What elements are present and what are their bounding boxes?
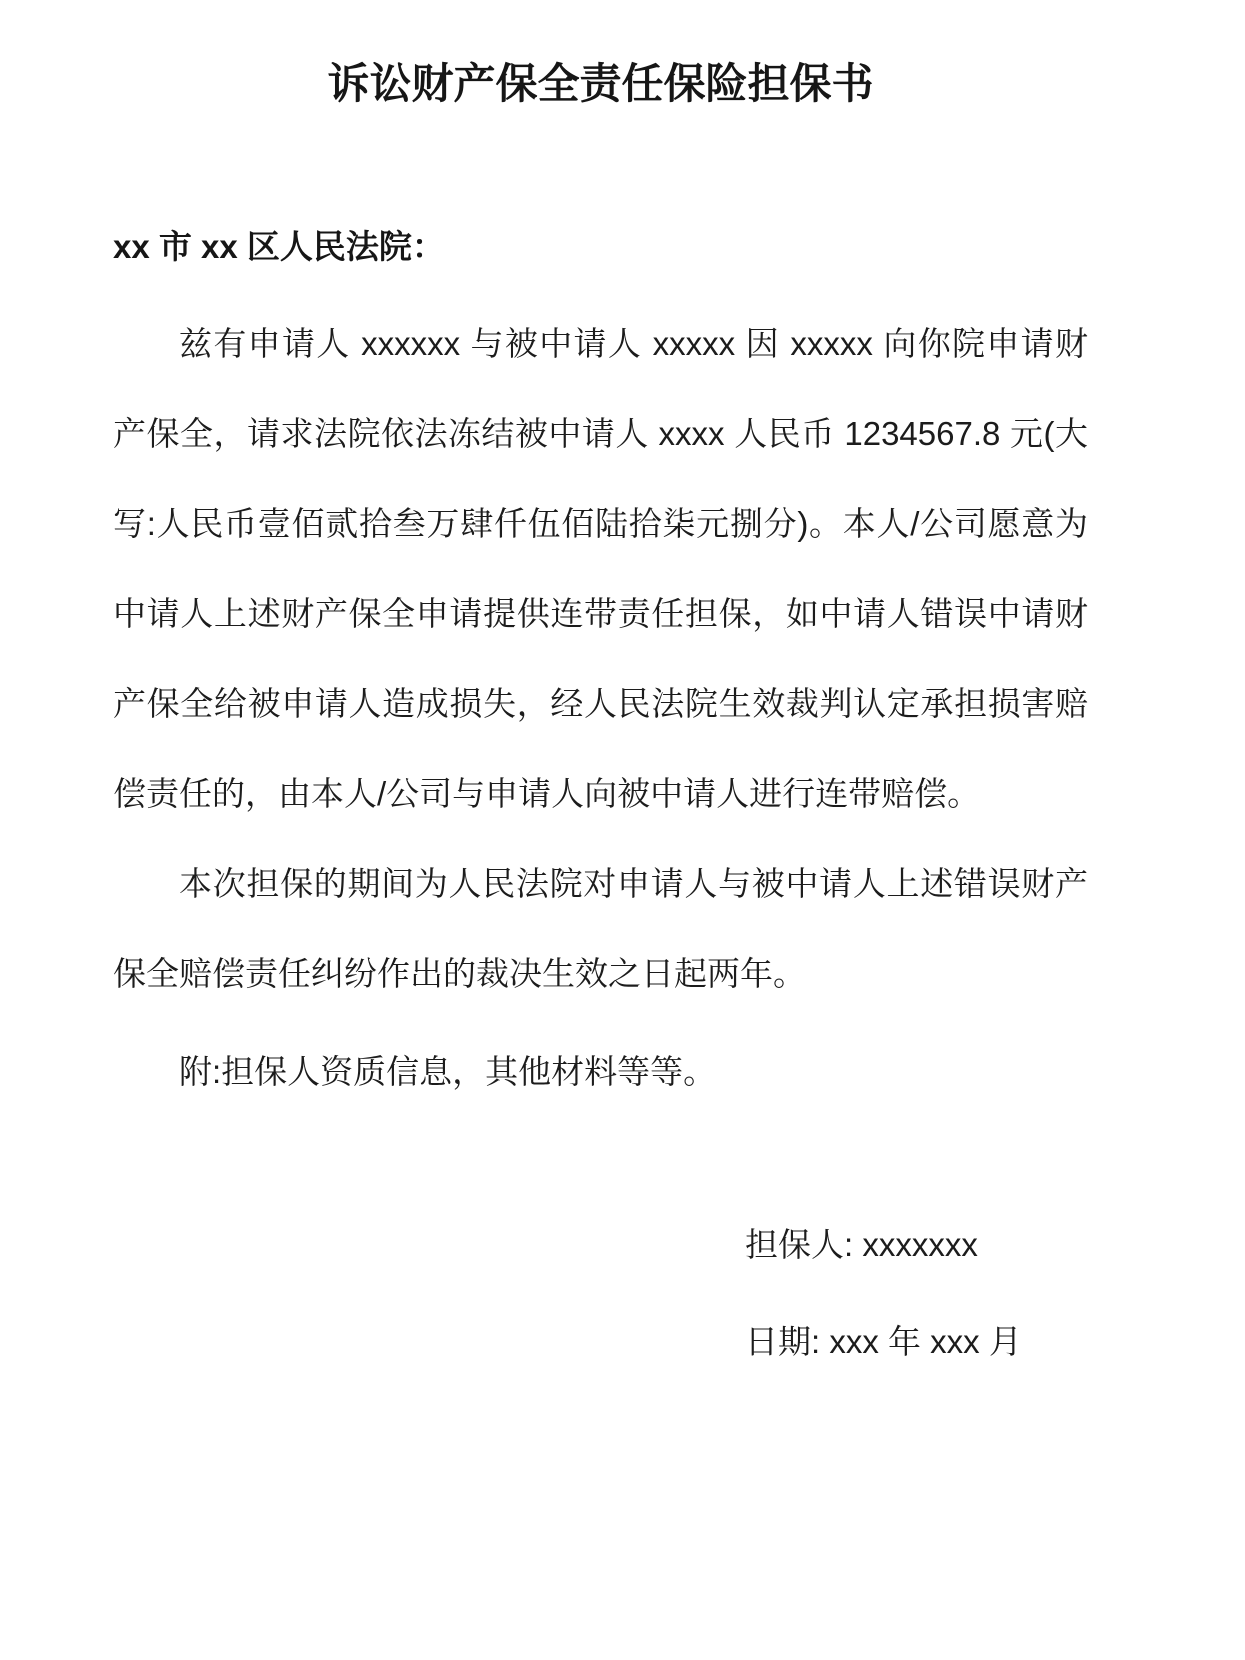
salutation-line: xx 市 xx 区人民法院：	[113, 202, 1088, 292]
attachment-note: 附:担保人资质信息，其他材料等等。	[113, 1027, 1088, 1117]
signature-block: 担保人: xxxxxxx 日期: xxx 年 xxx 月	[113, 1200, 1088, 1387]
body-paragraph-guarantee-period: 本次担保的期间为人民法院对申请人与被中请人上述错误财产保全赔偿责任纠纷作出的裁决…	[113, 839, 1088, 1019]
signature-guarantor-line: 担保人: xxxxxxx	[113, 1200, 1088, 1290]
document-page: 诉讼财产保全责任保险担保书 xx 市 xx 区人民法院： 兹有申请人 xxxxx…	[0, 0, 1245, 1660]
document-title: 诉讼财产保全责任保险担保书	[113, 52, 1088, 116]
body-paragraph-guarantee: 兹有申请人 xxxxxx 与被中请人 xxxxx 因 xxxxx 向你院申请财产…	[113, 299, 1088, 839]
signature-date-line: 日期: xxx 年 xxx 月	[113, 1297, 1088, 1387]
